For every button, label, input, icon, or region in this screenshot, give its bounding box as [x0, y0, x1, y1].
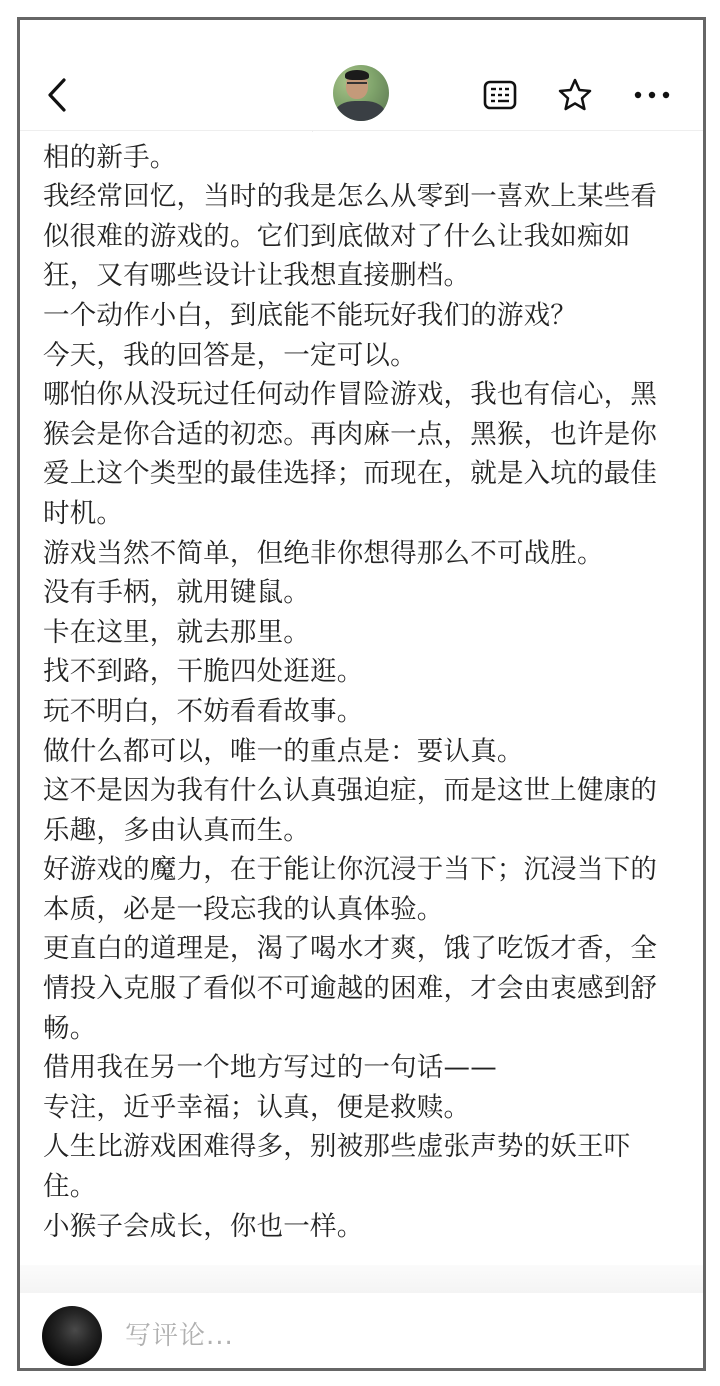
favorite-button[interactable] [555, 75, 595, 115]
chevron-left-icon [42, 75, 76, 115]
paragraph: 我经常回忆，当时的我是怎么从零到一喜欢上某些看似很难的游戏的。它们到底做对了什么… [43, 177, 683, 296]
back-button[interactable] [42, 75, 76, 115]
phone-frame: 故入太因残天下太恶意，粗暴地劝退那些喜欢黑猴卖相的新手。 我经常回忆，当时的我是… [17, 17, 706, 1371]
paragraph: 玩不明白，不妨看看故事。 [43, 692, 683, 732]
paragraph: 哪怕你从没玩过任何动作冒险游戏，我也有信心，黑猴会是你合适的初恋。再肉麻一点，黑… [43, 375, 683, 533]
reader-mode-button[interactable] [480, 75, 520, 115]
reader-mode-icon [483, 80, 517, 110]
paragraph: 找不到路，干脆四处逛逛。 [43, 652, 683, 692]
paragraph: 更直白的道理是，渴了喝水才爽，饿了吃饭才香，全情投入克服了看似不可逾越的困难，才… [43, 929, 683, 1048]
more-options-button[interactable] [630, 75, 674, 115]
paragraph: 游戏当然不简单，但绝非你想得那么不可战胜。 [43, 534, 683, 574]
paragraph: 今天，我的回答是，一定可以。 [43, 336, 683, 376]
article-content: 故入太因残天下太恶意，粗暴地劝退那些喜欢黑猴卖相的新手。 我经常回忆，当时的我是… [43, 120, 683, 1246]
paragraph: 这不是因为我有什么认真强迫症，而是这世上健康的乐趣，多由认真而生。 [43, 771, 683, 850]
paragraph: 做什么都可以，唯一的重点是：要认真。 [43, 732, 683, 772]
paragraph: 没有手柄，就用键鼠。 [43, 573, 683, 613]
paragraph: 人生比游戏困难得多，别被那些虚张声势的妖王吓住。 [43, 1127, 683, 1206]
author-avatar[interactable] [333, 65, 389, 121]
paragraph: 一个动作小白，到底能不能玩好我们的游戏？ [43, 296, 683, 336]
paragraph: 专注，近乎幸福；认真，便是救赎。 [43, 1088, 683, 1128]
user-avatar[interactable] [42, 1306, 102, 1366]
paragraph: 好游戏的魔力，在于能让你沉浸于当下；沉浸当下的本质，必是一段忘我的认真体验。 [43, 850, 683, 929]
content-fade-overlay [20, 1265, 703, 1293]
top-navigation-bar [20, 20, 703, 131]
comment-input[interactable]: 写评论... [125, 1315, 234, 1352]
more-horizontal-icon [632, 90, 672, 100]
paragraph: 小猴子会成长，你也一样。 [43, 1207, 683, 1247]
article-body[interactable]: 故入太因残天下太恶意，粗暴地劝退那些喜欢黑猴卖相的新手。 我经常回忆，当时的我是… [20, 120, 703, 1292]
comment-bar: 写评论... [20, 1293, 703, 1368]
paragraph: 借用我在另一个地方写过的一句话—— [43, 1048, 683, 1088]
paragraph: 卡在这里，就去那里。 [43, 613, 683, 653]
star-outline-icon [557, 77, 593, 113]
